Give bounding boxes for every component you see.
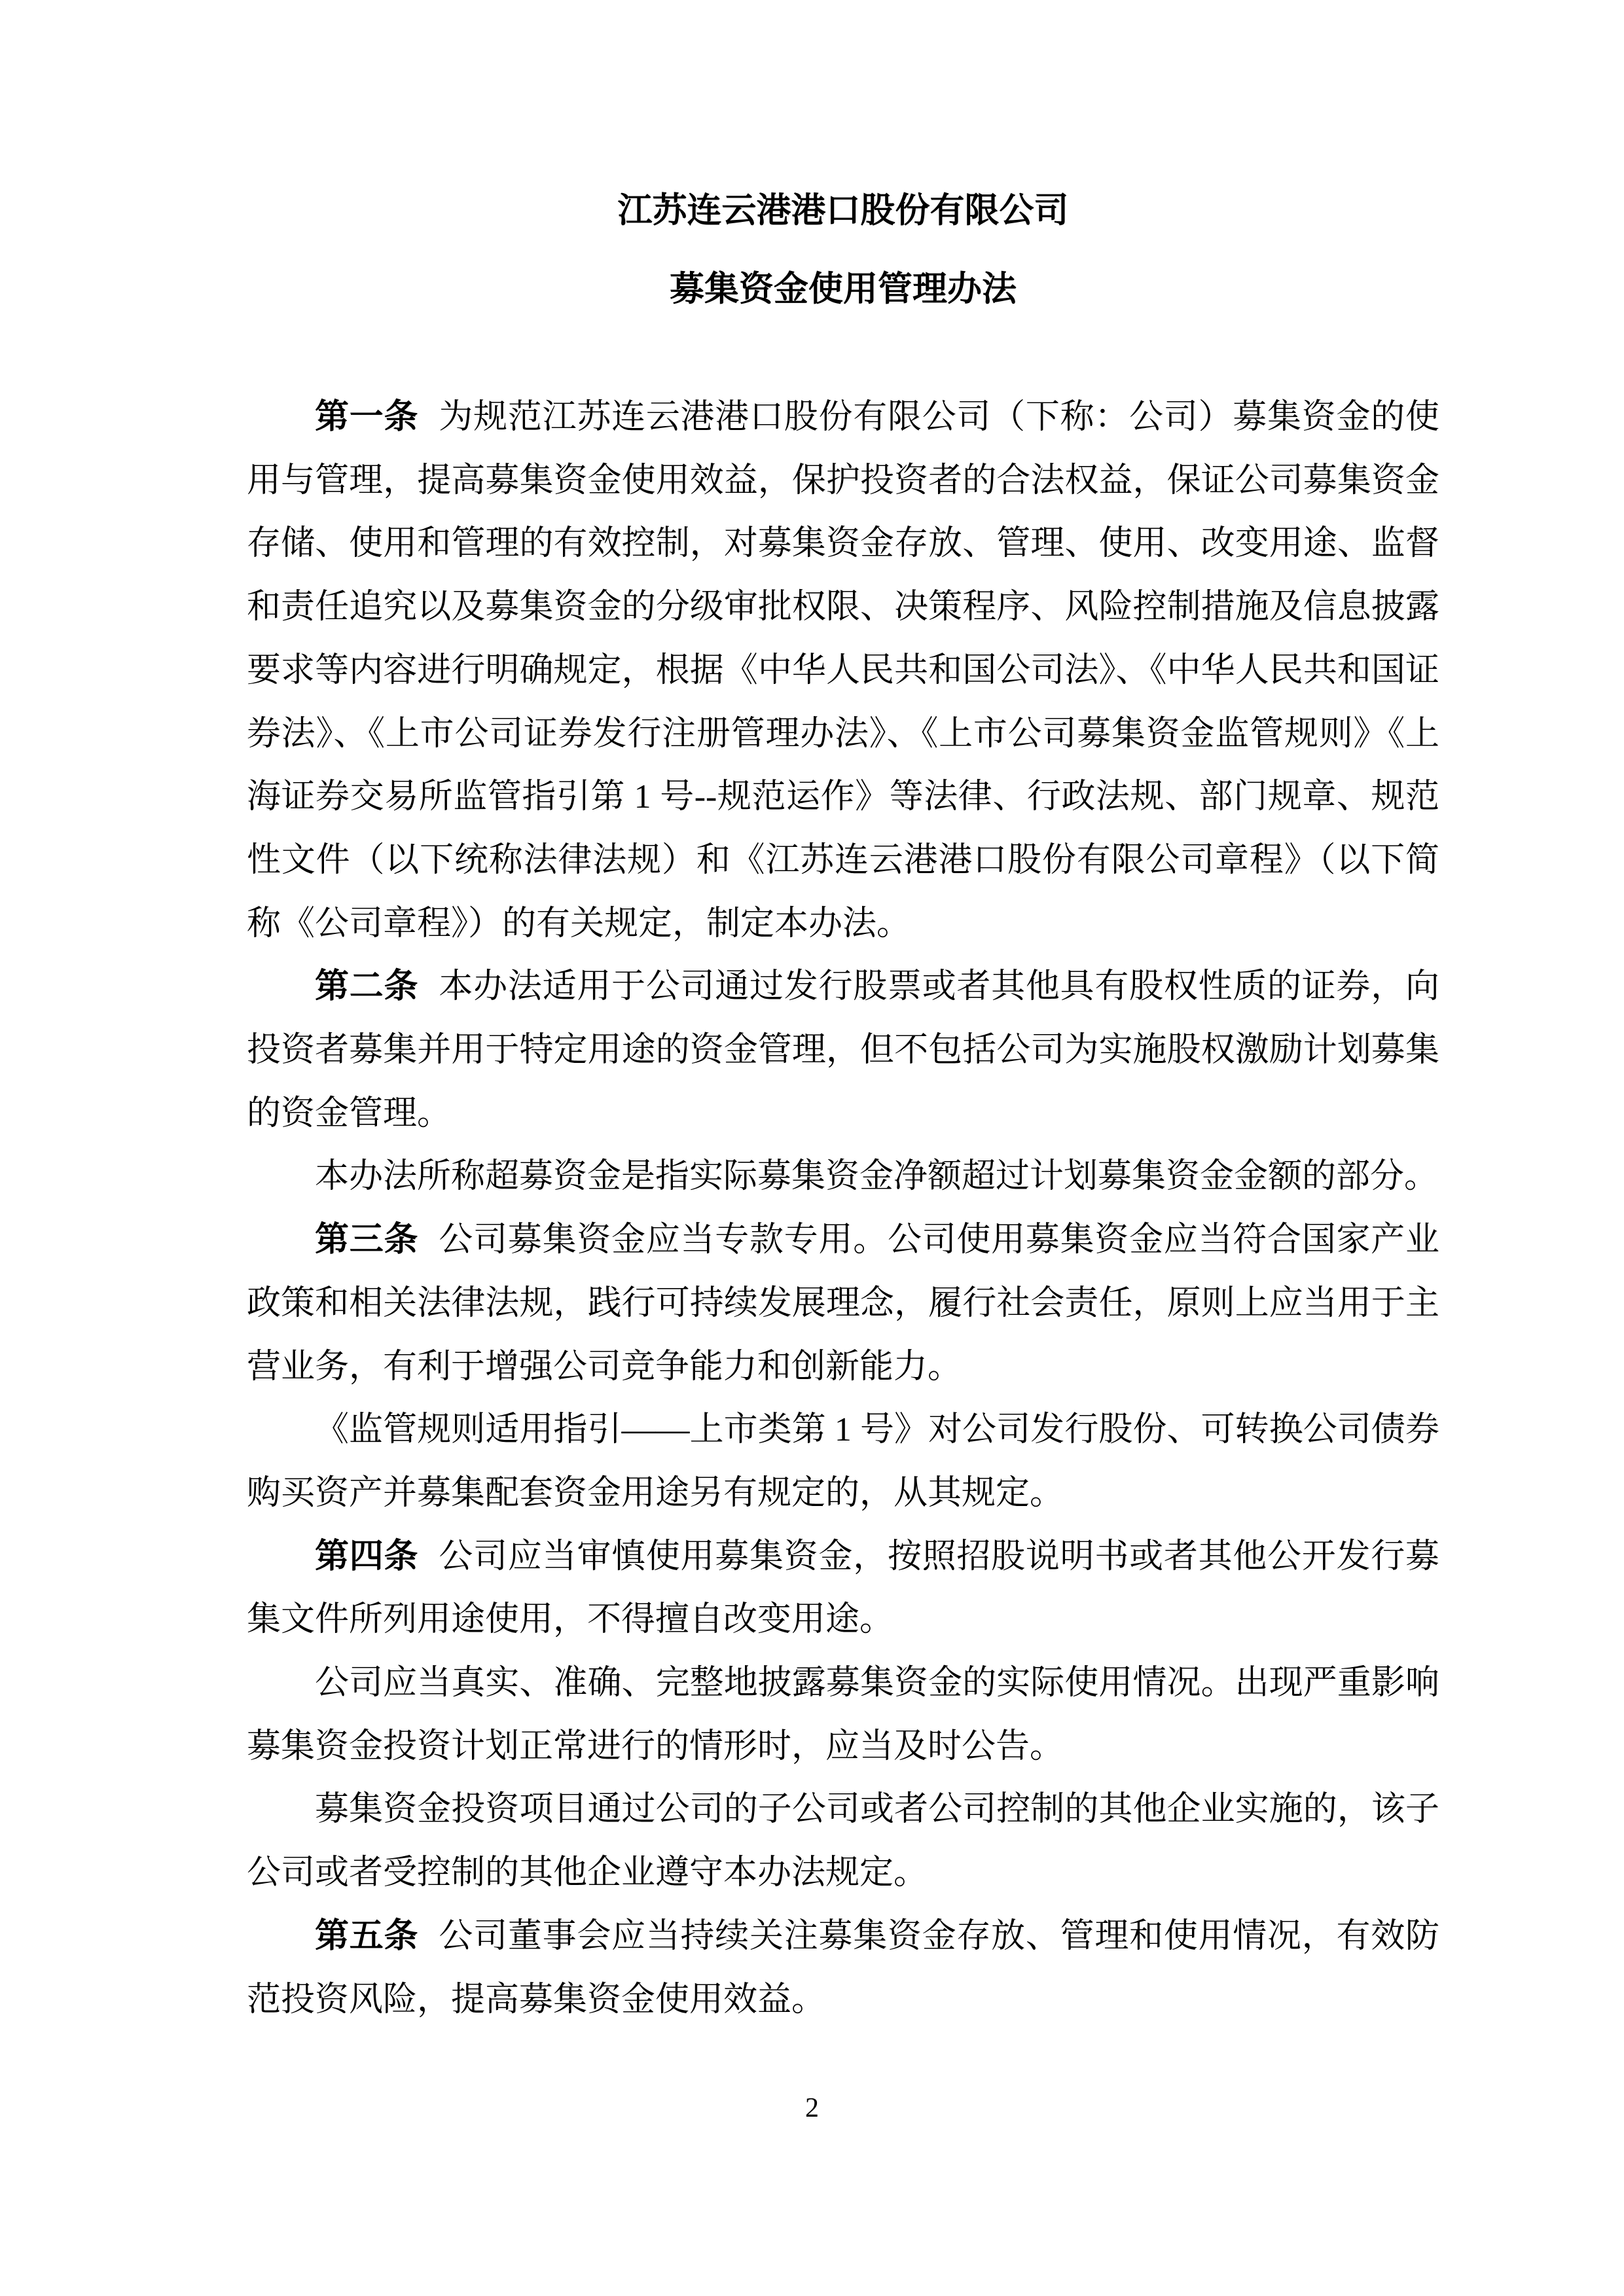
paragraph-text: 《监管规则适用指引——上市类第 1 号》对公司发行股份、可转换公司债券购买资产并… — [247, 1411, 1439, 1512]
article-label: 第三条 — [315, 1221, 418, 1259]
body-paragraph: 公司应当真实、准确、完整地披露募集资金的实际使用情况。出现严重影响募集资金投资计… — [247, 1652, 1439, 1778]
article-label: 第二条 — [315, 968, 418, 1005]
body-paragraph-article-3: 第三条公司募集资金应当专款专用。公司使用募集资金应当符合国家产业政策和相关法律法… — [247, 1209, 1439, 1399]
paragraph-text: 公司董事会应当持续关注募集资金存放、管理和使用情况，有效防范投资风险，提高募集资… — [247, 1918, 1439, 2018]
paragraph-text: 本办法适用于公司通过发行股票或者其他具有股权性质的证券，向投资者募集并用于特定用… — [247, 968, 1439, 1132]
page-number: 2 — [0, 2092, 1624, 2125]
paragraph-text: 公司募集资金应当专款专用。公司使用募集资金应当符合国家产业政策和相关法律法规，践… — [247, 1221, 1439, 1385]
paragraph-text: 公司应当真实、准确、完整地披露募集资金的实际使用情况。出现严重影响募集资金投资计… — [247, 1664, 1439, 1765]
doc-body: 第一条为规范江苏连云港港口股份有限公司（下称：公司）募集资金的使用与管理，提高募… — [247, 386, 1439, 2032]
body-paragraph-article-4: 第四条公司应当审慎使用募集资金，按照招股说明书或者其他公开发行募集文件所列用途使… — [247, 1526, 1439, 1652]
body-paragraph-article-2: 第二条本办法适用于公司通过发行股票或者其他具有股权性质的证券，向投资者募集并用于… — [247, 956, 1439, 1145]
document-page: 江苏连云港港口股份有限公司 募集资金使用管理办法 第一条为规范江苏连云港港口股份… — [0, 0, 1624, 2296]
article-label: 第四条 — [315, 1538, 418, 1575]
paragraph-text: 本办法所称超募资金是指实际募集资金净额超过计划募集资金金额的部分。 — [315, 1158, 1438, 1195]
body-paragraph: 《监管规则适用指引——上市类第 1 号》对公司发行股份、可转换公司债券购买资产并… — [247, 1399, 1439, 1525]
body-paragraph-article-5: 第五条公司董事会应当持续关注募集资金存放、管理和使用情况，有效防范投资风险，提高… — [247, 1905, 1439, 2032]
doc-title-subject: 募集资金使用管理办法 — [247, 250, 1439, 329]
paragraph-text: 为规范江苏连云港港口股份有限公司（下称：公司）募集资金的使用与管理，提高募集资金… — [247, 399, 1439, 942]
paragraph-text: 公司应当审慎使用募集资金，按照招股说明书或者其他公开发行募集文件所列用途使用，不… — [247, 1538, 1439, 1639]
doc-title-company: 江苏连云港港口股份有限公司 — [247, 171, 1439, 250]
body-paragraph-article-1: 第一条为规范江苏连云港港口股份有限公司（下称：公司）募集资金的使用与管理，提高募… — [247, 386, 1439, 956]
article-label: 第五条 — [315, 1918, 418, 1955]
body-paragraph: 募集资金投资项目通过公司的子公司或者公司控制的其他企业实施的，该子公司或者受控制… — [247, 1778, 1439, 1905]
page-content: 江苏连云港港口股份有限公司 募集资金使用管理办法 第一条为规范江苏连云港港口股份… — [247, 171, 1439, 2032]
paragraph-text: 募集资金投资项目通过公司的子公司或者公司控制的其他企业实施的，该子公司或者受控制… — [247, 1791, 1439, 1892]
article-label: 第一条 — [315, 399, 418, 436]
body-paragraph: 本办法所称超募资金是指实际募集资金净额超过计划募集资金金额的部分。 — [247, 1145, 1439, 1209]
